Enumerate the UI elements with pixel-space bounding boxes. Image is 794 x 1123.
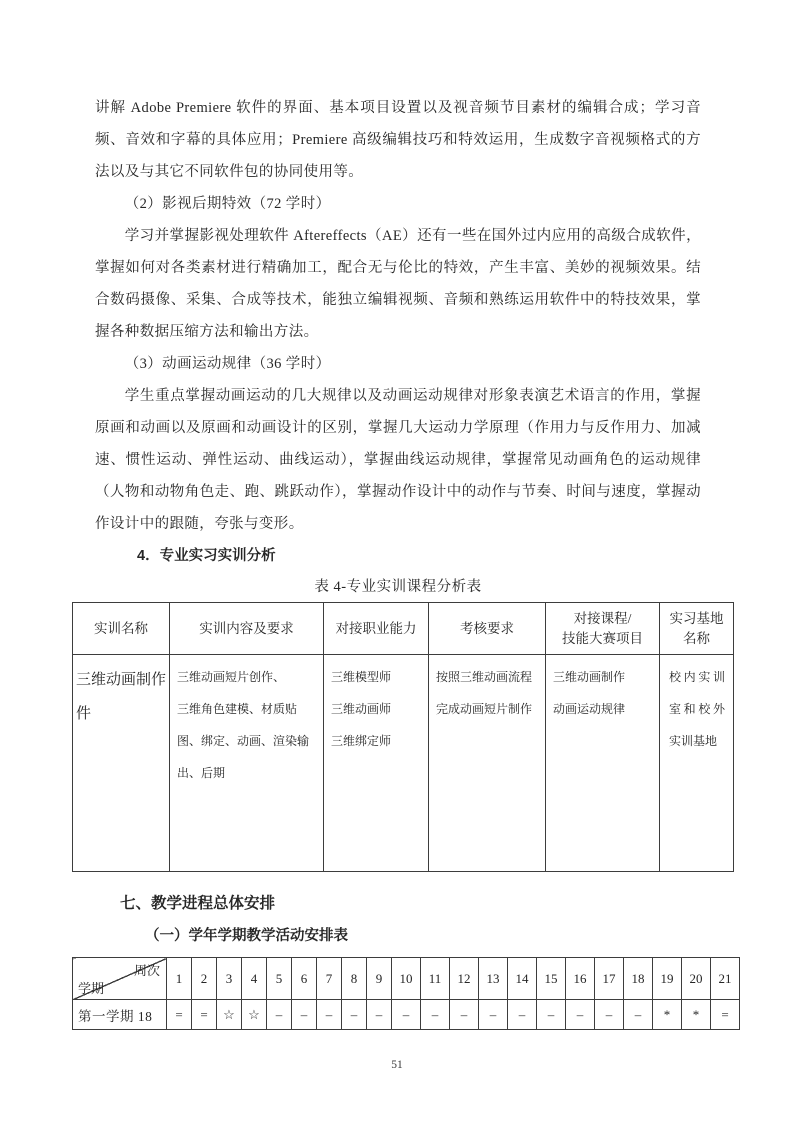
corner-label-week: 周次	[134, 960, 160, 979]
table4-caption: 表 4-专业实训课程分析表	[95, 572, 701, 602]
week-number: 7	[317, 958, 342, 1000]
page-number: 51	[0, 1059, 794, 1071]
week-activity-mark: =	[711, 1000, 740, 1030]
week-activity-mark: –	[537, 1000, 566, 1030]
week-activity-mark: =	[167, 1000, 192, 1030]
week-number: 17	[595, 958, 624, 1000]
cell-vocational-ability: 三维模型师 三维动画师 三维绑定师	[324, 655, 429, 872]
subheading-post-effects: （2）影视后期特效（72 学时）	[95, 188, 701, 220]
week-number: 16	[566, 958, 595, 1000]
diagonal-corner-cell: 周次 学期	[73, 958, 167, 1000]
schedule-header-row: 周次 学期 1 2 3 4 5 6 7 8 9 10 11 12 13 14 1…	[73, 958, 740, 1000]
cell-practice-base: 校内实训室和校外实训基地	[660, 655, 734, 872]
col-header-training-content: 实训内容及要求	[170, 603, 324, 655]
col-header-training-name: 实训名称	[73, 603, 170, 655]
cell-linked-courses: 三维动画制作 动画运动规律	[546, 655, 660, 872]
week-number: 15	[537, 958, 566, 1000]
schedule-data-row: 第一学期 18 = = ☆ ☆ – – – – – – – – – – – – …	[73, 1000, 740, 1030]
page-content: 讲解 Adobe Premiere 软件的界面、基本项目设置以及视音频节目素材的…	[0, 0, 794, 1030]
section-heading-teaching-schedule: 七、教学进程总体安排	[120, 892, 701, 916]
week-number: 6	[292, 958, 317, 1000]
cell-assessment: 按照三维动画流程完成动画短片制作	[429, 655, 546, 872]
training-analysis-table: 实训名称 实训内容及要求 对接职业能力 考核要求 对接课程/ 技能大赛项目 实习…	[72, 602, 734, 872]
col-header-practice-base: 实习基地 名称	[660, 603, 734, 655]
week-number: 8	[342, 958, 367, 1000]
week-activity-mark: –	[421, 1000, 450, 1030]
table4-data-row: 三维动画制作件 三维动画短片创作、 三维角色建模、材质贴图、绑定、动画、渲染输出…	[73, 655, 734, 872]
document-page: 讲解 Adobe Premiere 软件的界面、基本项目设置以及视音频节目素材的…	[0, 0, 794, 1123]
week-activity-mark: =	[192, 1000, 217, 1030]
week-activity-mark: –	[508, 1000, 537, 1030]
cell-training-content: 三维动画短片创作、 三维角色建模、材质贴图、绑定、动画、渲染输出、后期	[170, 655, 324, 872]
week-activity-mark: –	[566, 1000, 595, 1030]
week-activity-mark: –	[450, 1000, 479, 1030]
week-activity-mark: –	[292, 1000, 317, 1030]
week-number: 2	[192, 958, 217, 1000]
week-activity-mark: –	[367, 1000, 392, 1030]
subheading-animation-rules: （3）动画运动规律（36 学时）	[95, 348, 701, 380]
week-activity-mark: –	[479, 1000, 508, 1030]
week-number: 3	[217, 958, 242, 1000]
col-header-linked-courses: 对接课程/ 技能大赛项目	[546, 603, 660, 655]
table4-header-row: 实训名称 实训内容及要求 对接职业能力 考核要求 对接课程/ 技能大赛项目 实习…	[73, 603, 734, 655]
week-number: 14	[508, 958, 537, 1000]
paragraph-aftereffects: 学习并掌握影视处理软件 Aftereffects（AE）还有一些在国外过内应用的…	[95, 220, 701, 348]
week-number: 21	[711, 958, 740, 1000]
cell-training-name: 三维动画制作件	[73, 655, 170, 872]
week-activity-mark: –	[392, 1000, 421, 1030]
week-activity-mark: –	[624, 1000, 653, 1030]
semester-label: 第一学期 18	[73, 1000, 167, 1030]
schedule-table: 周次 学期 1 2 3 4 5 6 7 8 9 10 11 12 13 14 1…	[72, 957, 740, 1030]
col-header-vocational-ability: 对接职业能力	[324, 603, 429, 655]
week-number: 1	[167, 958, 192, 1000]
week-number: 12	[450, 958, 479, 1000]
week-number: 18	[624, 958, 653, 1000]
week-activity-mark: ☆	[242, 1000, 267, 1030]
week-activity-mark: *	[682, 1000, 711, 1030]
paragraph-animation-rules: 学生重点掌握动画运动的几大规律以及动画运动规律对形象表演艺术语言的作用，掌握原画…	[95, 380, 701, 540]
week-number: 5	[267, 958, 292, 1000]
week-activity-mark: *	[653, 1000, 682, 1030]
week-activity-mark: –	[317, 1000, 342, 1030]
week-activity-mark: ☆	[217, 1000, 242, 1030]
week-activity-mark: –	[595, 1000, 624, 1030]
subsection-heading-activity-table: （一）学年学期教学活动安排表	[145, 925, 701, 947]
week-number: 11	[421, 958, 450, 1000]
corner-label-semester: 学期	[78, 978, 104, 997]
week-number: 13	[479, 958, 508, 1000]
col-header-assessment: 考核要求	[429, 603, 546, 655]
week-number: 4	[242, 958, 267, 1000]
week-number: 10	[392, 958, 421, 1000]
week-activity-mark: –	[342, 1000, 367, 1030]
week-number: 20	[682, 958, 711, 1000]
week-number: 9	[367, 958, 392, 1000]
section-heading-practical-training: 4．专业实习实训分析	[95, 540, 701, 572]
week-activity-mark: –	[267, 1000, 292, 1030]
week-number: 19	[653, 958, 682, 1000]
paragraph-premiere: 讲解 Adobe Premiere 软件的界面、基本项目设置以及视音频节目素材的…	[95, 92, 701, 188]
